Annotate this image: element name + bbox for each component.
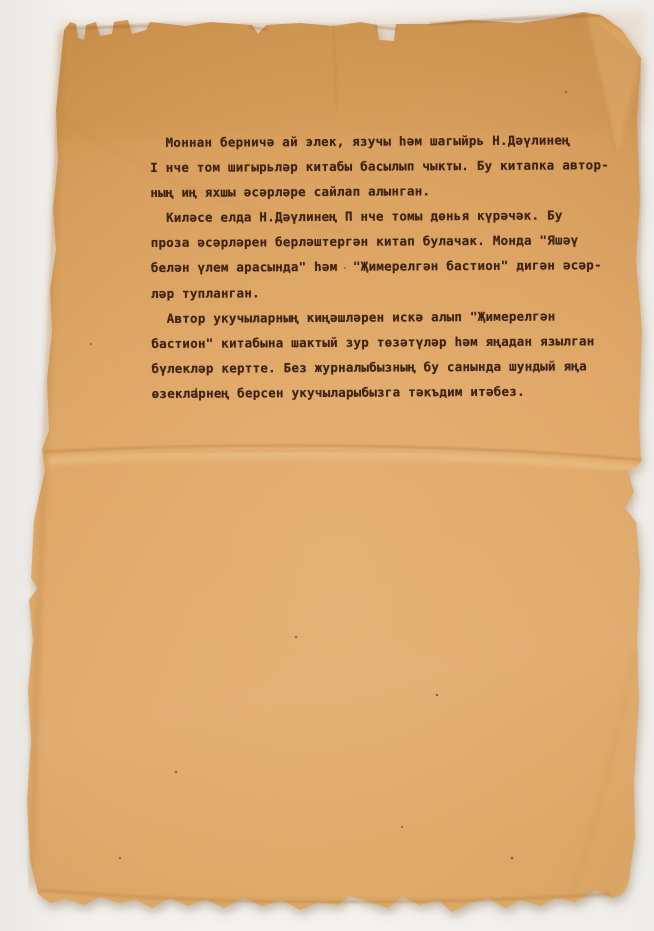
typed-line: I нче том шигырьләр китабы басылып чыкты… [150, 152, 620, 180]
typed-line: бүлекләр кертте. Без журналыбызның бу са… [151, 353, 621, 381]
typed-line: бастион" китабына шактый зур төзәтүләр һ… [151, 328, 621, 356]
typed-line: Автор укучыларның киңәшләрен искә алып "… [151, 303, 621, 331]
typewritten-text-block: Моннан берничә ай элек, язучы һәм шагыйр… [150, 127, 622, 406]
typed-line: проза әсәрләрен берләштергән китап булач… [151, 228, 621, 256]
top-shading [52, 12, 645, 140]
typed-line: өзекләрнең берсен укучыларыбызга тәкъдим… [152, 378, 622, 406]
typed-line: белән үлем арасында" һәм "Җимерелгән бас… [151, 253, 621, 281]
photo-of-document: Моннан берничә ай элек, язучы һәм шагыйр… [0, 0, 654, 931]
typed-line: ның иң яхшы әсәрләре сайлап алынган. [150, 177, 620, 205]
typed-line: Киләсе елда Н.Дәүлинең П нче томы дөнья … [150, 202, 620, 230]
typed-line: ләр тупланган. [151, 278, 621, 306]
typed-line: Моннан берничә ай элек, язучы һәм шагыйр… [150, 127, 620, 155]
